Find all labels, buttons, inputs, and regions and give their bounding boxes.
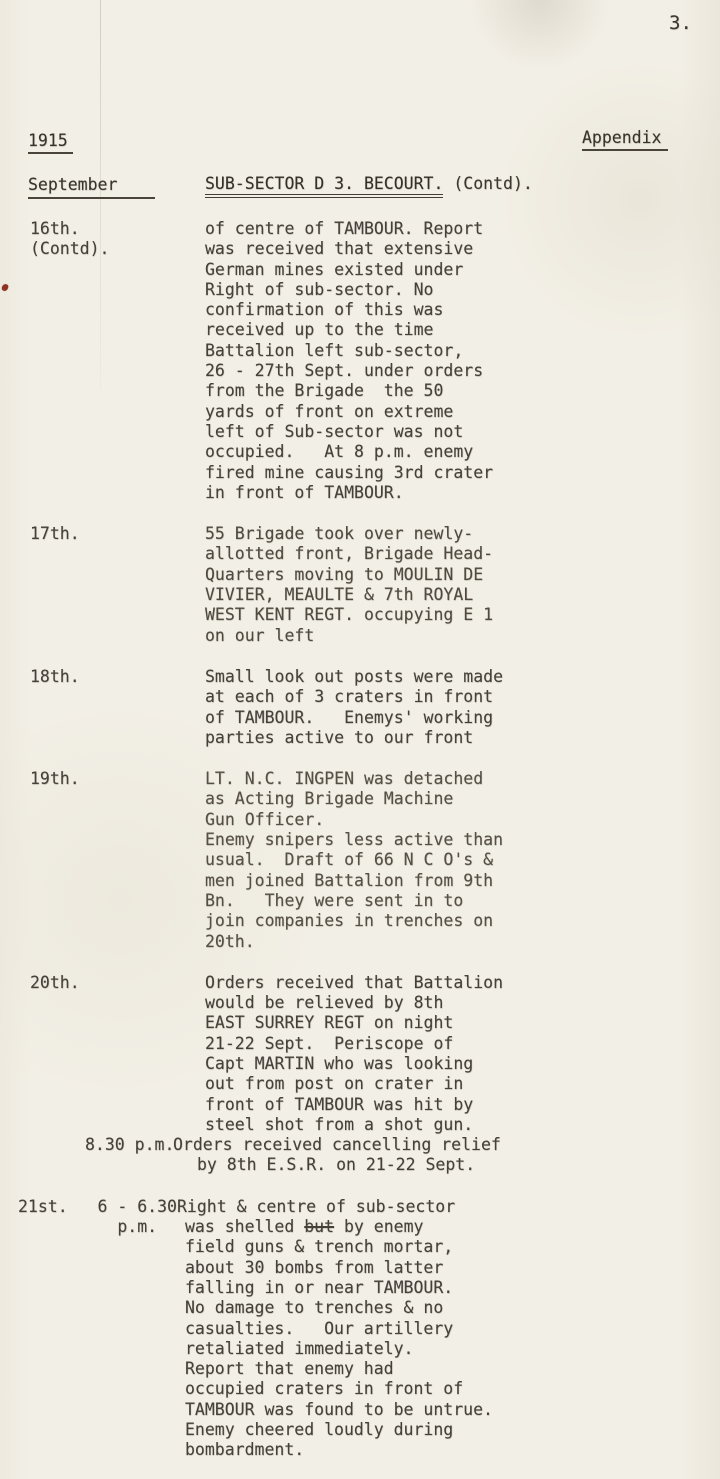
entry-date: 20th. (30, 973, 80, 993)
diary-entry-16th: 16th. (Contd). of centre of TAMBOUR. Rep… (0, 219, 720, 503)
entry-body: LT. N.C. INGPEN was detached as Acting B… (205, 769, 720, 952)
entry-date: 16th. (Contd). (30, 219, 109, 260)
entry-sub-row: 8.30 p.m. Orders received cancelling rel… (0, 1135, 720, 1176)
entry-body-post: by enemy field guns & trench mortar, abo… (185, 1217, 493, 1459)
entry-body: Small look out posts were made at each o… (205, 667, 720, 748)
year-heading: 1915 (28, 131, 73, 154)
diary-entry-20th: 20th. Orders received that Battalion wou… (0, 973, 720, 1176)
entry-body: of centre of TAMBOUR. Report was receive… (205, 219, 720, 503)
section-title-suffix: (Contd). (453, 174, 532, 193)
entry-sub-time: 8.30 p.m. (85, 1135, 174, 1155)
entry-date: 17th. (30, 524, 80, 544)
entry-body: 55 Brigade took over newly- allotted fro… (205, 524, 720, 646)
document-page: 3. 1915 Appendix September SUB-SECTOR D … (0, 0, 720, 1479)
appendix-heading: Appendix (582, 128, 668, 151)
diary-entry-21st: 21st. 6 - 6.30 p.m. Right & centre of su… (0, 1197, 720, 1461)
struck-word: but (304, 1217, 334, 1236)
month-heading: September (28, 175, 155, 199)
diary-entry-19th: 19th. LT. N.C. INGPEN was detached as Ac… (0, 769, 720, 952)
section-title: SUB-SECTOR D 3. BECOURT. (205, 174, 443, 198)
entry-body: Orders received that Battalion would be … (205, 973, 720, 1135)
diary-entry-17th: 17th. 55 Brigade took over newly- allott… (0, 524, 720, 646)
section-title-row: SUB-SECTOR D 3. BECOURT. (Contd). (205, 174, 533, 194)
scanned-war-diary: { "page": { "page_number": "3.", "year":… (0, 0, 720, 1479)
entry-date: 19th. (30, 769, 80, 789)
page-number: 3. (669, 13, 692, 33)
diary-entry-18th: 18th. Small look out posts were made at … (0, 667, 720, 748)
entry-body: Right & centre of sub-sector was shelled… (185, 1197, 720, 1461)
entry-sub-body: Orders received cancelling relief by 8th… (197, 1135, 720, 1176)
entry-date-with-time: 21st. 6 - 6.30 p.m. (18, 1197, 177, 1238)
diary-entries: 16th. (Contd). of centre of TAMBOUR. Rep… (0, 219, 720, 1479)
entry-date: 18th. (30, 667, 80, 687)
